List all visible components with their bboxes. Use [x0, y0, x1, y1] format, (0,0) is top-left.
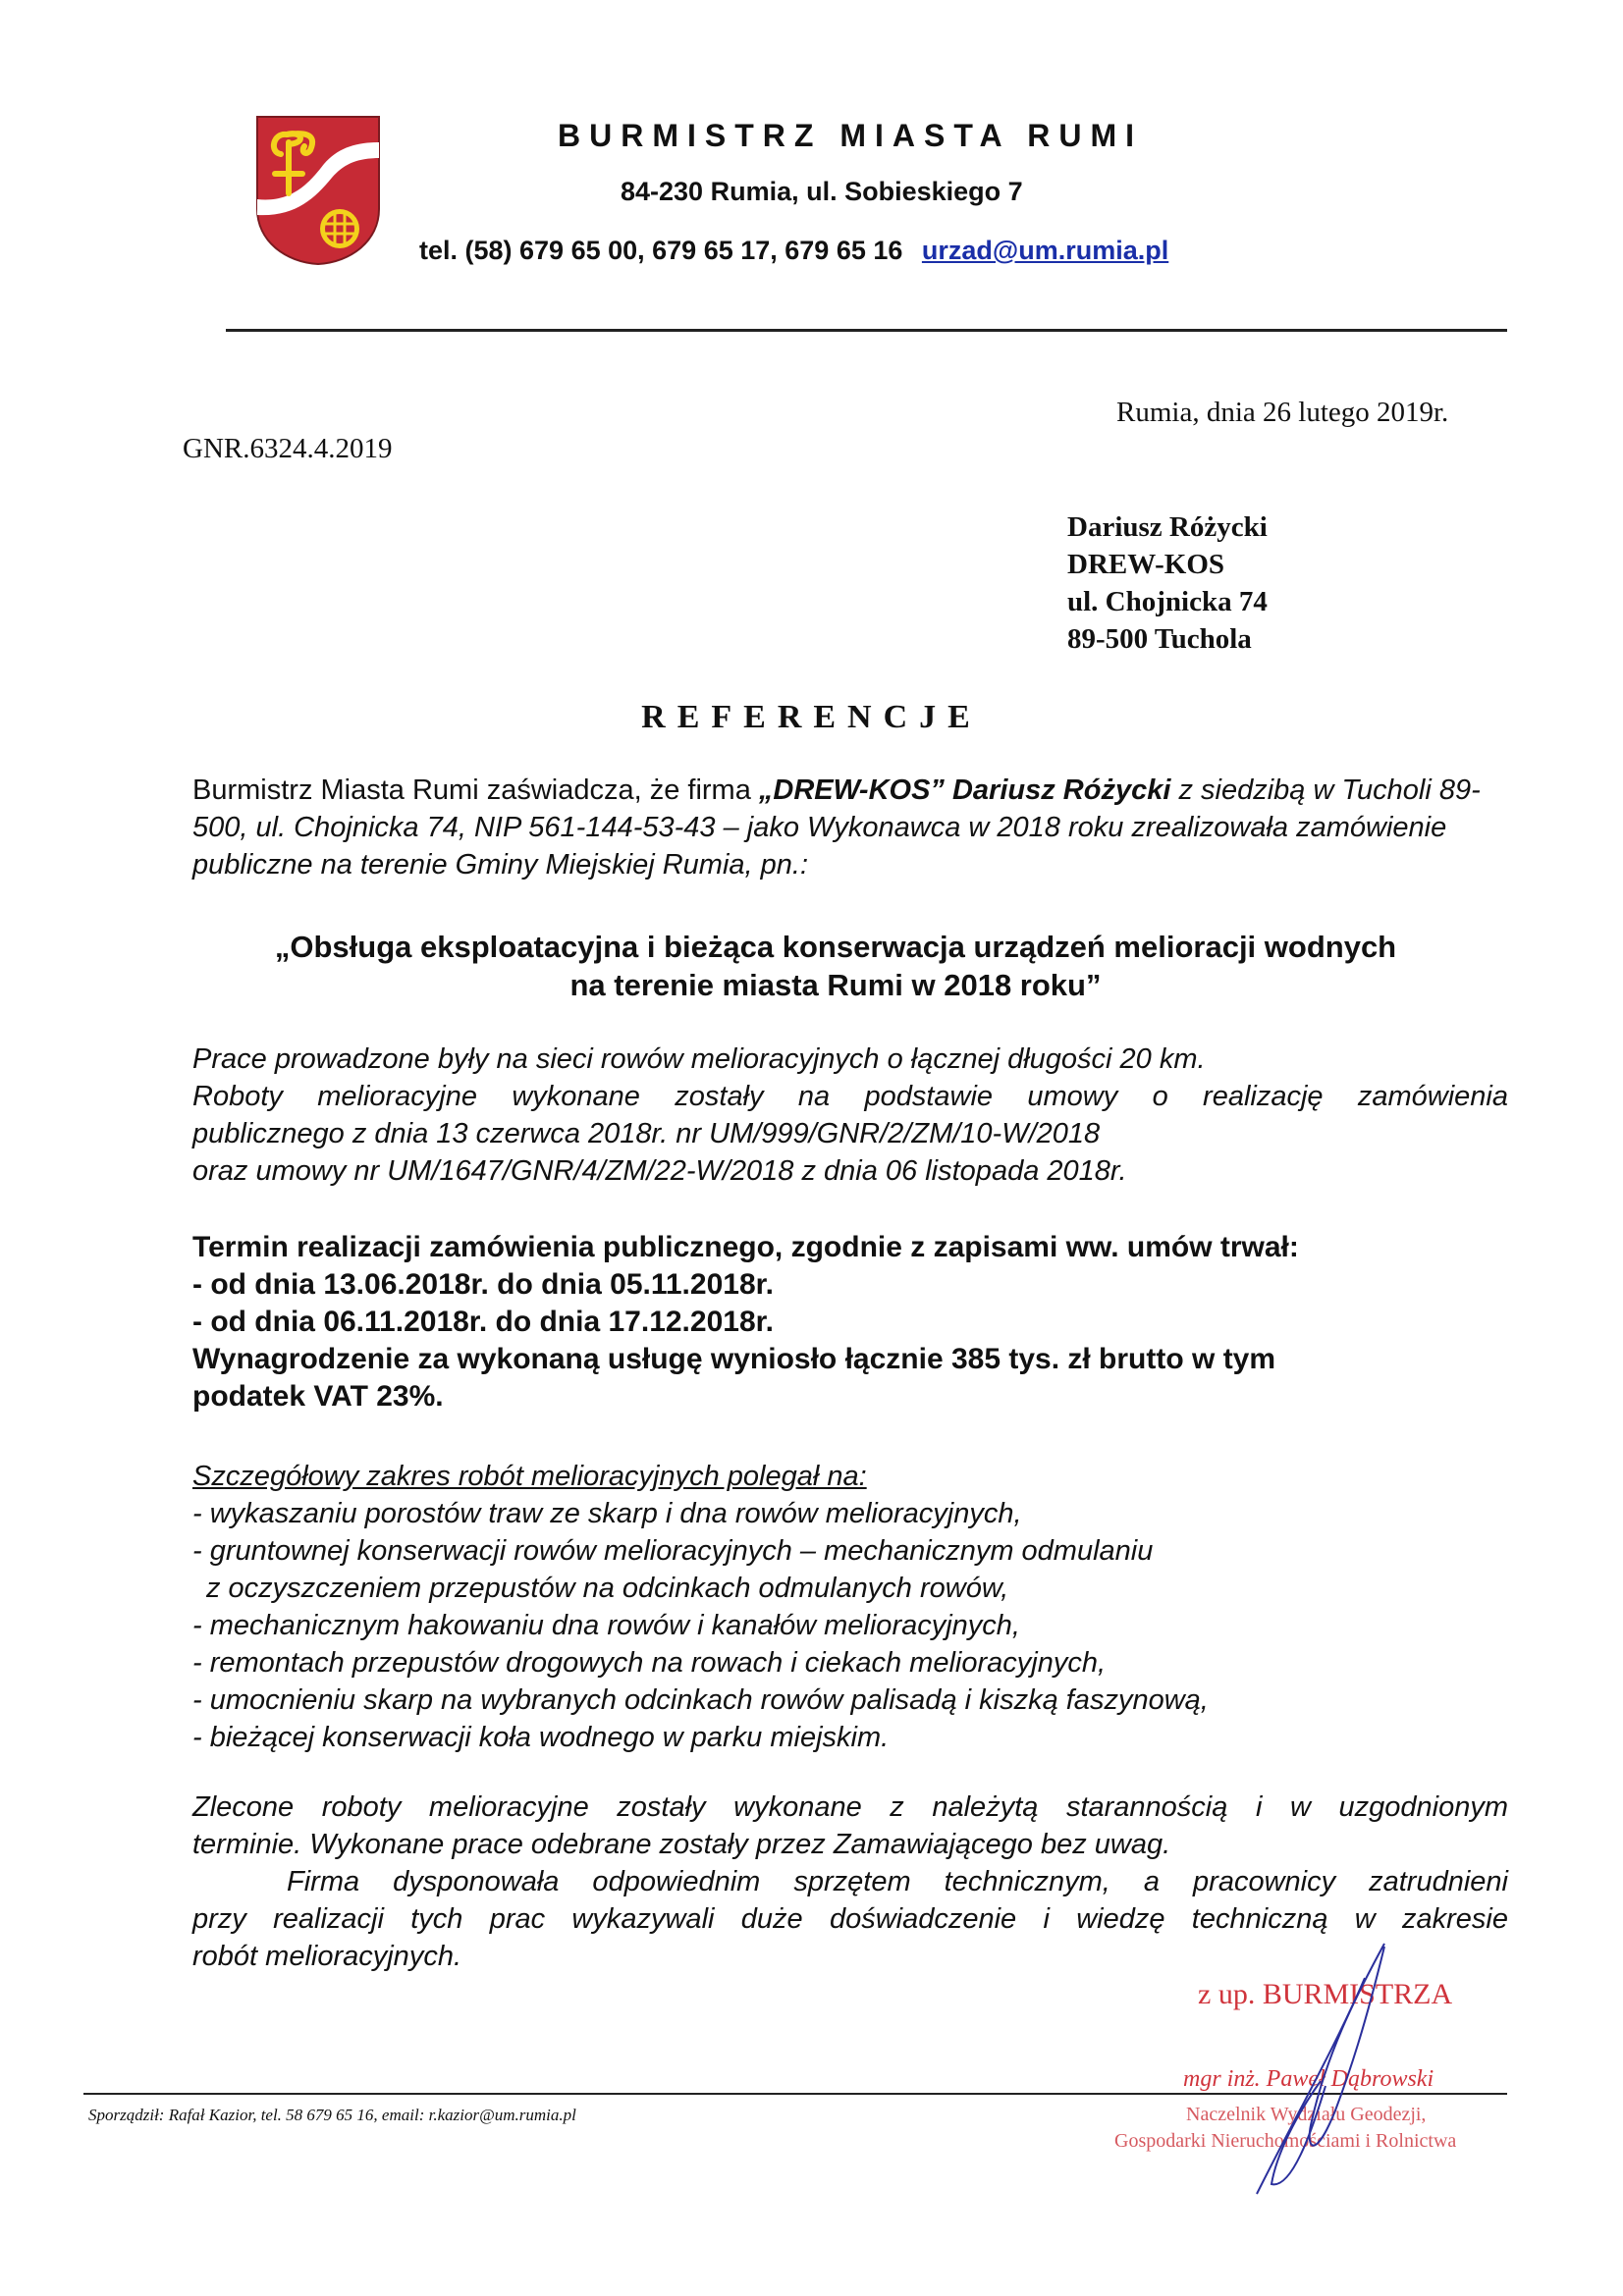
recipient-street: ul. Chojnicka 74 [1067, 583, 1268, 620]
scope-item: - gruntownej konserwacji rowów melioracy… [192, 1532, 1508, 1570]
issuer-email-link[interactable]: urzad@um.rumia.pl [922, 236, 1168, 265]
remuneration: Wynagrodzenie za wykonaną usługę wyniosł… [192, 1341, 1508, 1378]
header-divider [226, 329, 1507, 332]
recipient-name: Dariusz Różycki [1067, 508, 1268, 546]
works-line: Roboty melioracyjne wykonane zostały na … [192, 1078, 1508, 1115]
works-line: Prace prowadzone były na sieci rowów mel… [192, 1041, 1508, 1078]
contract-name-line: na terenie miasta Rumi w 2018 roku” [192, 966, 1479, 1004]
issuer-title: BURMISTRZ MIASTA RUMI [558, 118, 1143, 154]
recipient-address: Dariusz Różycki DREW-KOS ul. Chojnicka 7… [1067, 508, 1268, 658]
prepared-by: Sporządził: Rafał Kazior, tel. 58 679 65… [88, 2106, 576, 2125]
scope-item: - bieżącej konserwacji koła wodnego w pa… [192, 1719, 1508, 1756]
scope-list: Szczegółowy zakres robót melioracyjnych … [192, 1458, 1508, 1756]
recipient-city: 89-500 Tuchola [1067, 620, 1268, 658]
place-and-date: Rumia, dnia 26 lutego 2019r. [1116, 397, 1448, 429]
works-line: publicznego z dnia 13 czerwca 2018r. nr … [192, 1115, 1508, 1152]
coat-of-arms-icon [253, 113, 383, 268]
document-title: REFERENCJE [0, 699, 1623, 736]
term-paragraph: Termin realizacji zamówienia publicznego… [192, 1229, 1508, 1415]
scope-heading: Szczegółowy zakres robót melioracyjnych … [192, 1458, 1508, 1495]
issuer-phones: tel. (58) 679 65 00, 679 65 17, 679 65 1… [419, 236, 902, 265]
recipient-company: DREW-KOS [1067, 546, 1268, 583]
works-line: oraz umowy nr UM/1647/GNR/4/ZM/22-W/2018… [192, 1152, 1508, 1190]
company-name: „DREW-KOS” Dariusz Różycki [759, 774, 1171, 806]
reference-number: GNR.6324.4.2019 [183, 433, 392, 465]
term-period: - od dnia 13.06.2018r. do dnia 05.11.201… [192, 1266, 1508, 1304]
contract-name: „Obsługa eksploatacyjna i bieżąca konser… [192, 928, 1479, 1004]
works-paragraph: Prace prowadzone były na sieci rowów mel… [192, 1041, 1508, 1190]
scope-item: - umocnieniu skarp na wybranych odcinkac… [192, 1682, 1508, 1719]
scope-item: - remontach przepustów drogowych na rowa… [192, 1644, 1508, 1682]
remuneration: podatek VAT 23%. [192, 1378, 1508, 1415]
scope-item: - wykaszaniu porostów traw ze skarp i dn… [192, 1495, 1508, 1532]
scope-item: - mechanicznym hakowaniu dna rowów i kan… [192, 1607, 1508, 1644]
closing-line: Firma dysponowała odpowiednim sprzętem t… [192, 1863, 1508, 1900]
term-heading: Termin realizacji zamówienia publicznego… [192, 1229, 1508, 1266]
intro-paragraph: Burmistrz Miasta Rumi zaświadcza, że fir… [192, 772, 1508, 883]
closing-line: przy realizacji tych prac wykazywali duż… [192, 1900, 1508, 1938]
intro-text-1: Burmistrz Miasta Rumi zaświadcza, że fir… [192, 774, 759, 806]
contract-name-line: „Obsługa eksploatacyjna i bieżąca konser… [192, 928, 1479, 966]
closing-line: Zlecone roboty melioracyjne zostały wyko… [192, 1789, 1508, 1826]
issuer-address: 84-230 Rumia, ul. Sobieskiego 7 [621, 177, 1023, 207]
term-period: - od dnia 06.11.2018r. do dnia 17.12.201… [192, 1304, 1508, 1341]
scope-item-continuation: z oczyszczeniem przepustów na odcinkach … [192, 1570, 1508, 1607]
closing-line: terminie. Wykonane prace odebrane został… [192, 1826, 1508, 1863]
signature-icon [1217, 1939, 1414, 2204]
issuer-contact: tel. (58) 679 65 00, 679 65 17, 679 65 1… [419, 236, 1168, 266]
